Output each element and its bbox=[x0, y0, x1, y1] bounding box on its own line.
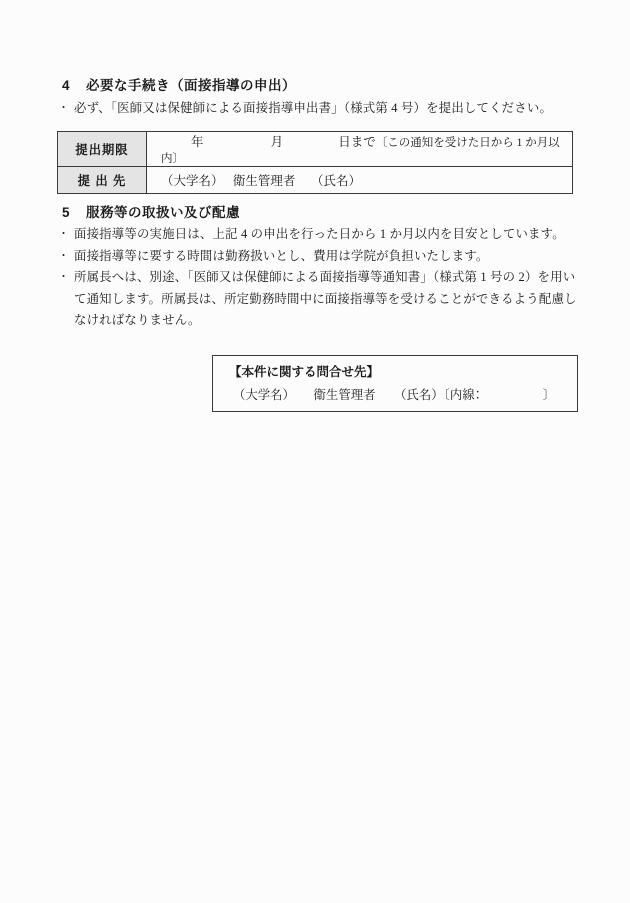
list-item: ・ 面接指導等に要する時間は勤務扱いとし、費用は学院が負担いたします。 bbox=[58, 246, 580, 268]
submission-table: 提出期限 年 月 日まで〔この通知を受けた日から 1 か月以内〕 提 出 先 （… bbox=[57, 131, 573, 194]
document-page: 4 必要な手続き（面接指導の申出） ・ 必ず、「医師又は保健師による面接指導申出… bbox=[0, 0, 630, 903]
bullet-marker: ・ bbox=[58, 100, 74, 117]
deadline-value-cell: 年 月 日まで〔この通知を受けた日から 1 か月以内〕 bbox=[147, 132, 573, 167]
section4-number: 4 bbox=[62, 77, 70, 94]
destination-header-cell: 提 出 先 bbox=[58, 167, 147, 194]
section5-bullet-2: 面接指導等に要する時間は勤務扱いとし、費用は学院が負担いたします。 bbox=[74, 246, 489, 268]
destination-value-cell: （大学名） 衛生管理者 （氏名） bbox=[147, 167, 573, 194]
section5-title: 服務等の取扱い及び配慮 bbox=[86, 204, 240, 221]
section5-bullet-list: ・ 面接指導等の実施日は、上記 4 の申出を行った日から 1 か月以内を目安とし… bbox=[58, 224, 580, 332]
table-row-destination: 提 出 先 （大学名） 衛生管理者 （氏名） bbox=[58, 167, 573, 194]
bullet-marker: ・ bbox=[58, 224, 74, 246]
section5-heading: 5 服務等の取扱い及び配慮 bbox=[62, 204, 240, 221]
contact-box-title: 【本件に関する問合せ先】 bbox=[229, 364, 577, 380]
contact-box-line: （大学名） 衛生管理者 （氏名）〔内線： 〕 bbox=[233, 387, 577, 403]
section4-title: 必要な手続き（面接指導の申出） bbox=[86, 77, 296, 94]
table-row-deadline: 提出期限 年 月 日まで〔この通知を受けた日から 1 か月以内〕 bbox=[58, 132, 573, 167]
section4-bullet: ・ 必ず、「医師又は保健師による面接指導申出書」（様式第 4 号）を提出してくだ… bbox=[58, 100, 578, 117]
section5-number: 5 bbox=[62, 204, 70, 221]
day-label: 日まで bbox=[338, 135, 376, 149]
bullet-marker: ・ bbox=[58, 267, 74, 332]
section5-bullet-1: 面接指導等の実施日は、上記 4 の申出を行った日から 1 か月以内を目安としてい… bbox=[74, 224, 565, 246]
section4-heading: 4 必要な手続き（面接指導の申出） bbox=[62, 77, 296, 94]
month-label: 月 bbox=[271, 135, 284, 149]
deadline-header-cell: 提出期限 bbox=[58, 132, 147, 167]
bullet-marker: ・ bbox=[58, 246, 74, 268]
contact-info-box: 【本件に関する問合せ先】 （大学名） 衛生管理者 （氏名）〔内線： 〕 bbox=[212, 355, 578, 412]
list-item: ・ 所属長へは、別途、「医師又は保健師による面接指導等通知書」（様式第 1 号の… bbox=[58, 267, 580, 332]
year-label: 年 bbox=[191, 135, 204, 149]
list-item: ・ 面接指導等の実施日は、上記 4 の申出を行った日から 1 か月以内を目安とし… bbox=[58, 224, 580, 246]
section5-bullet-3: 所属長へは、別途、「医師又は保健師による面接指導等通知書」（様式第 1 号の 2… bbox=[74, 267, 580, 332]
section4-bullet-text: 必ず、「医師又は保健師による面接指導申出書」（様式第 4 号）を提出してください… bbox=[74, 100, 552, 117]
